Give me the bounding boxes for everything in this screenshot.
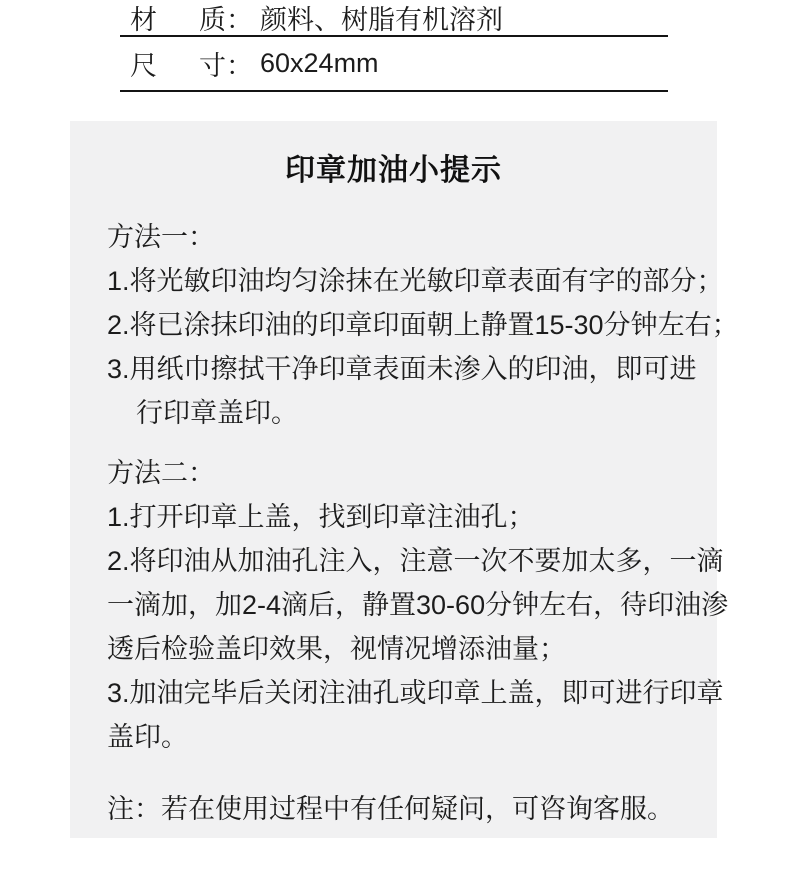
product-description-page: 材质： 颜料、树脂有机溶剂 尺寸： 60x24mm 印章加油小提示 方法一： 1… — [0, 0, 790, 886]
tips-title: 印章加油小提示 — [107, 152, 680, 190]
method1-step-1: 1.将光敏印油均匀涂抹在光敏印章表面有字的部分； — [107, 259, 703, 303]
spec-colon: ： — [226, 44, 253, 83]
spec-value-material: 颜料、树脂有机溶剂 — [260, 0, 503, 37]
tips-body: 方法一： 1.将光敏印油均匀涂抹在光敏印章表面有字的部分； 2.将已涂抹印油的印… — [107, 215, 703, 831]
spec-label-material: 材质 — [130, 0, 226, 37]
tips-panel: 印章加油小提示 方法一： 1.将光敏印油均匀涂抹在光敏印章表面有字的部分； 2.… — [70, 121, 717, 838]
spec-row-material: 材质： 颜料、树脂有机溶剂 — [120, 0, 668, 37]
method2-step-1: 1.打开印章上盖，找到印章注油孔； — [107, 495, 703, 539]
spec-table: 材质： 颜料、树脂有机溶剂 尺寸： 60x24mm — [120, 0, 668, 92]
method2-step-3: 3.加油完毕后关闭注油孔或印章上盖，即可进行印章 — [107, 671, 703, 715]
spec-value-size: 60x24mm — [260, 48, 379, 79]
method2-heading: 方法二： — [107, 451, 703, 495]
method1-step-3-continuation: 行印章盖印。 — [107, 391, 703, 435]
service-note: 注：若在使用过程中有任何疑问，可咨询客服。 — [107, 787, 703, 831]
method2-step-3-continuation: 盖印。 — [107, 715, 703, 759]
method1-heading: 方法一： — [107, 215, 703, 259]
spec-row-size: 尺寸： 60x24mm — [120, 37, 668, 92]
spec-label-size: 尺寸 — [130, 44, 226, 83]
method2-step-2-continuation-2: 透后检验盖印效果，视情况增添油量； — [107, 627, 703, 671]
method1-step-3: 3.用纸巾擦拭干净印章表面未渗入的印油，即可进 — [107, 347, 703, 391]
method2-step-2-continuation: 一滴加，加2-4滴后，静置30-60分钟左右，待印油渗 — [107, 583, 703, 627]
spec-colon: ： — [226, 0, 253, 37]
method1-step-2: 2.将已涂抹印油的印章印面朝上静置15-30分钟左右； — [107, 303, 703, 347]
method2-step-2: 2.将印油从加油孔注入，注意一次不要加太多，一滴 — [107, 539, 703, 583]
